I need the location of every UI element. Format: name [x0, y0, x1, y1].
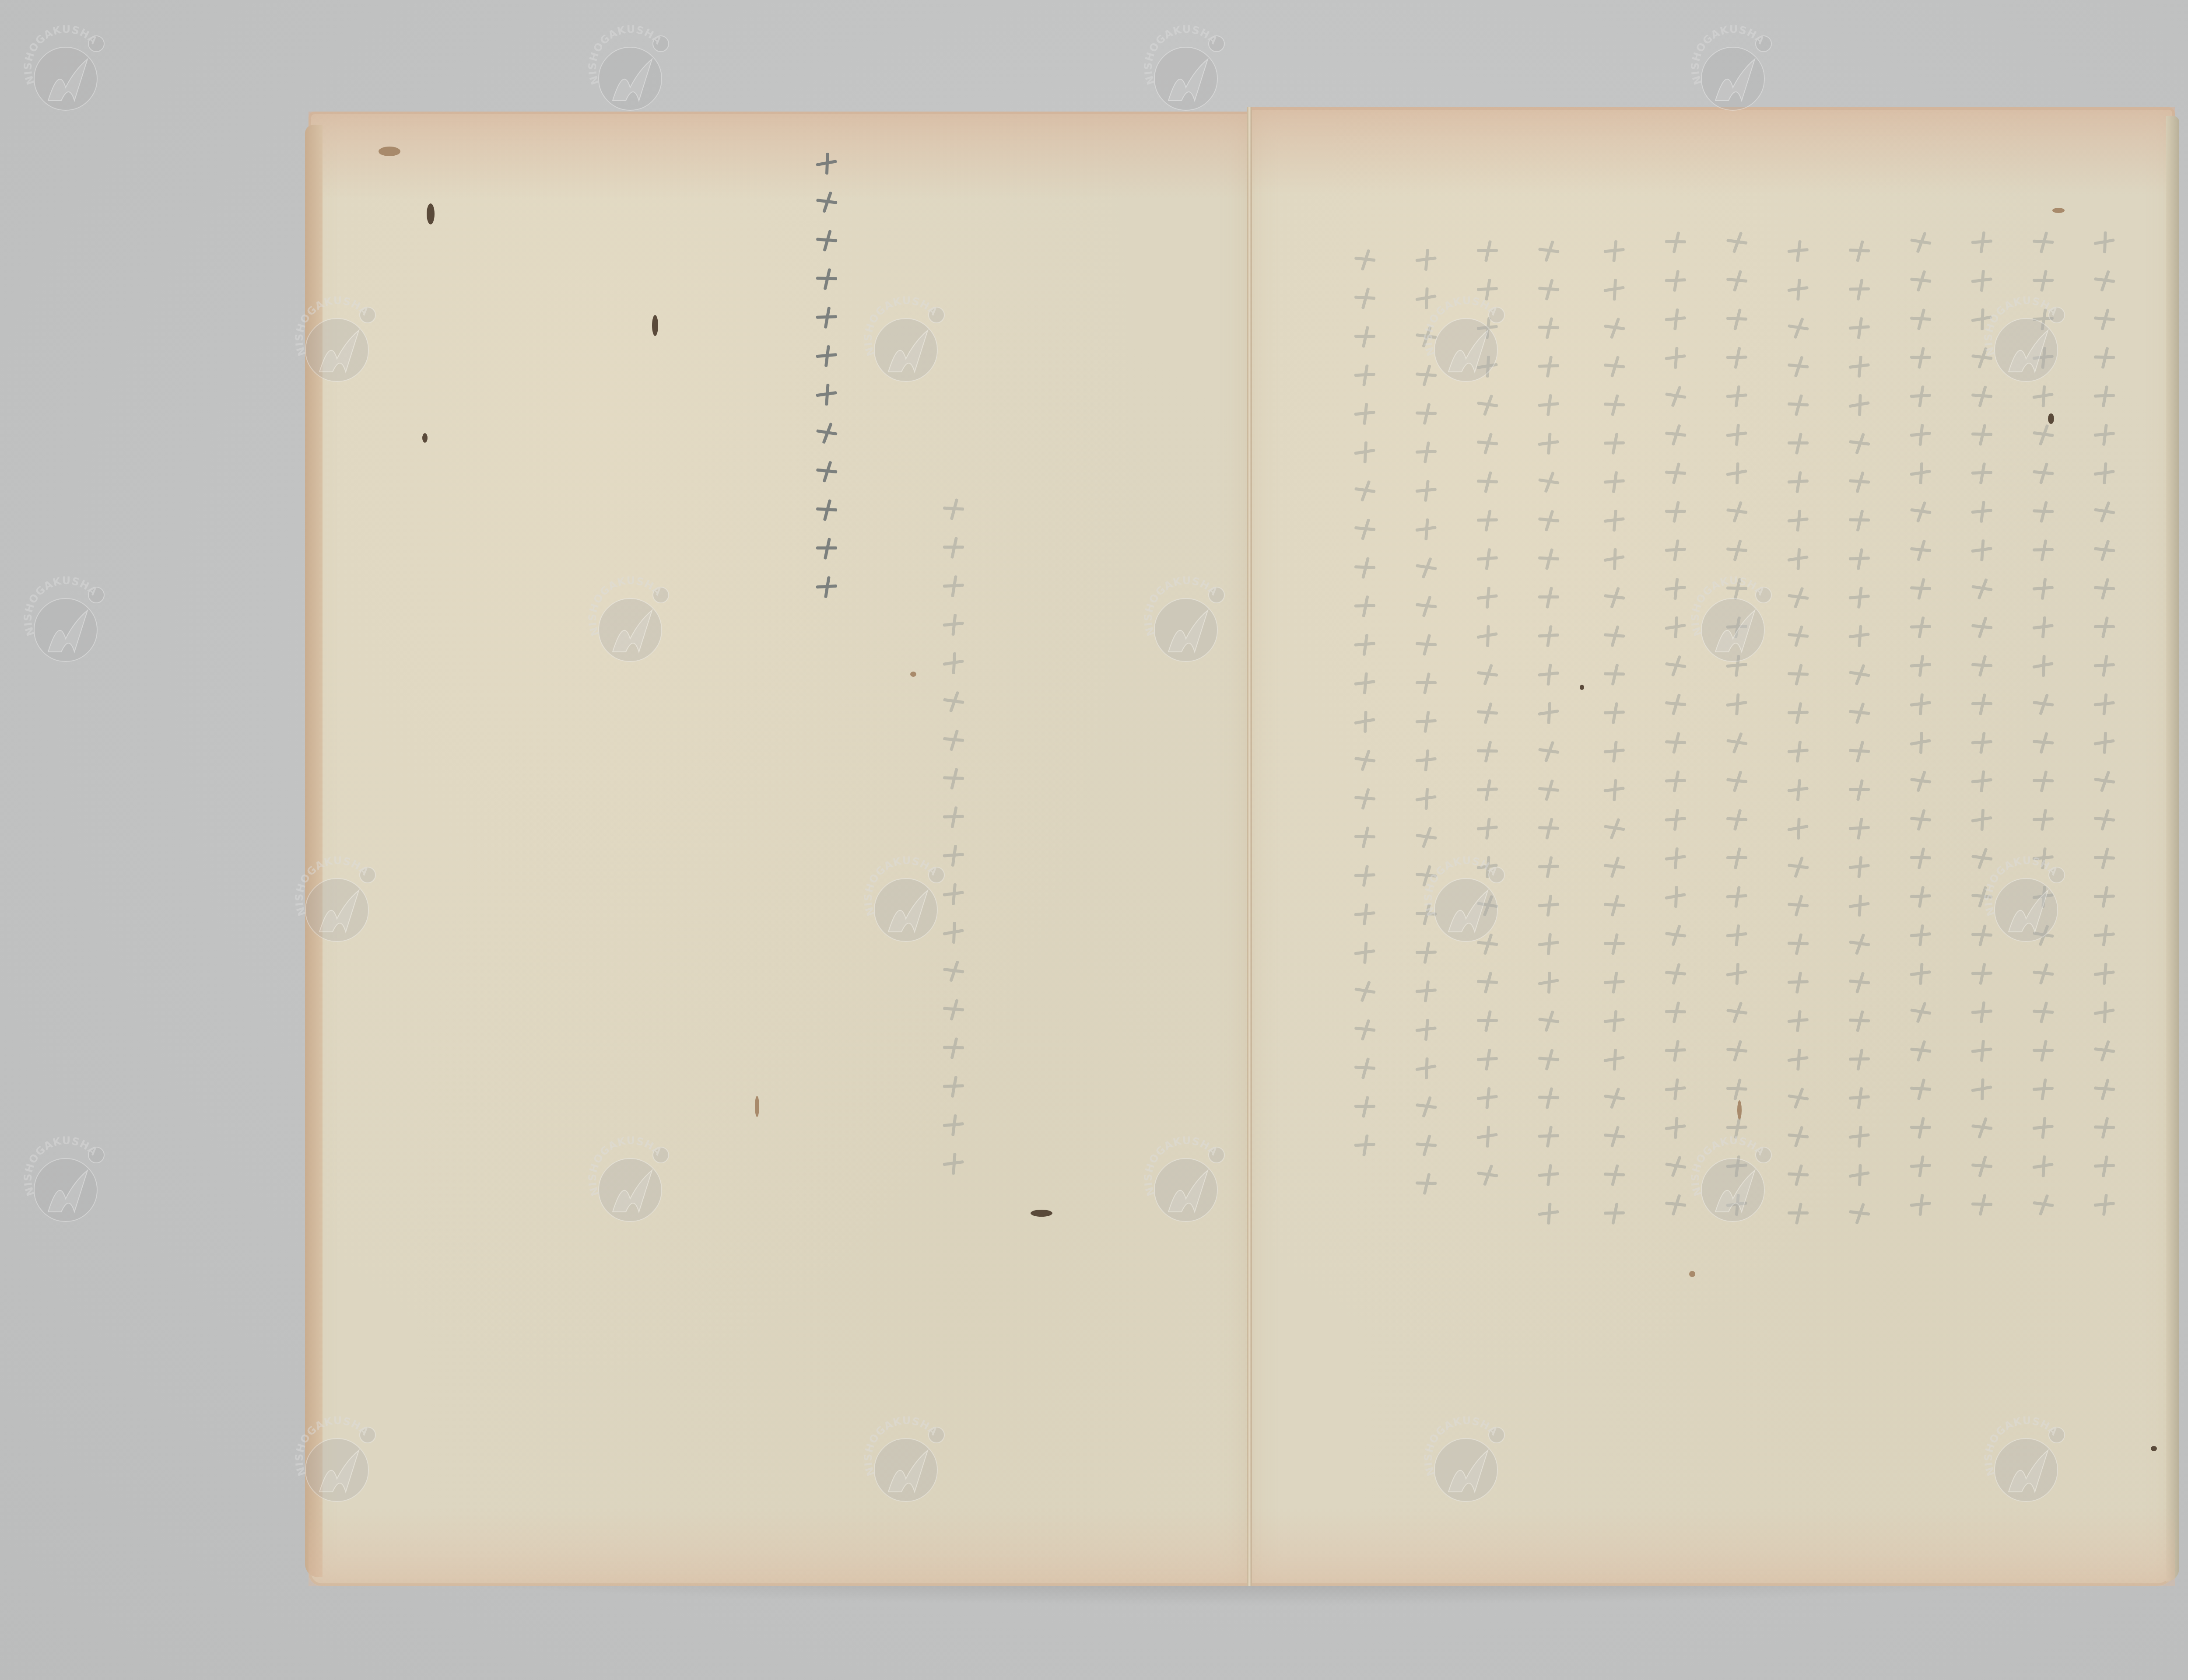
kanji-glyph: [1785, 392, 1812, 420]
nishogakusha-logo-watermark: NISHOGAKUSHA: [1138, 1129, 1238, 1229]
kanji-glyph: [1602, 931, 1627, 958]
kanji-glyph: [1663, 1038, 1689, 1065]
kanji-glyph: [813, 380, 842, 409]
kanji-glyph: [1784, 314, 1813, 343]
kanji-glyph: [1969, 653, 1995, 680]
kanji-glyph: [814, 266, 840, 293]
kanji-glyph: [1352, 555, 1378, 582]
kanji-glyph: [2029, 651, 2058, 681]
kanji-glyph: [1786, 1201, 1811, 1227]
kanji-glyph: [1662, 691, 1690, 719]
kanji-glyph: [1352, 1132, 1378, 1160]
kanji-glyph: [1352, 362, 1378, 390]
kanji-glyph: [1723, 228, 1752, 257]
nishogakusha-logo-watermark: NISHOGAKUSHA: [18, 17, 118, 118]
kanji-glyph: [1907, 267, 1935, 296]
kanji-glyph: [2029, 1190, 2058, 1220]
kanji-glyph: [1785, 1162, 1812, 1190]
kanji-glyph: [1413, 1093, 1441, 1122]
kanji-glyph: [1351, 938, 1380, 968]
kanji-glyph: [1662, 921, 1690, 951]
kanji-glyph: [1907, 652, 1935, 680]
kanji-glyph: [1601, 584, 1629, 613]
kanji-glyph: [1413, 978, 1440, 1006]
kanji-glyph: [813, 497, 840, 525]
kanji-glyph: [1601, 237, 1629, 266]
kanji-glyph: [1352, 631, 1379, 659]
kanji-glyph: [1846, 815, 1873, 843]
kanji-glyph: [1352, 824, 1378, 851]
kanji-glyph: [1534, 968, 1564, 998]
kanji-glyph: [1846, 1123, 1874, 1152]
kanji-glyph: [2030, 960, 2058, 989]
kanji-glyph: [1412, 784, 1441, 814]
kanji-glyph: [1535, 930, 1564, 959]
kanji-glyph: [1600, 776, 1629, 805]
kanji-glyph: [1536, 1085, 1562, 1112]
kanji-glyph: [1535, 237, 1564, 266]
left-text-column: [939, 497, 969, 1177]
kanji-glyph: [813, 458, 841, 486]
kanji-glyph: [1473, 1122, 1503, 1152]
nishogakusha-logo-watermark: NISHOGAKUSHA: [858, 849, 958, 949]
wormhole-damage: [755, 1096, 759, 1117]
kanji-glyph: [1847, 276, 1872, 303]
kanji-glyph: [1846, 1200, 1874, 1229]
kanji-glyph: [1602, 700, 1628, 727]
nishogakusha-logo-watermark: NISHOGAKUSHA: [1138, 17, 1238, 118]
kanji-glyph: [1786, 431, 1811, 457]
kanji-glyph: [2030, 537, 2056, 564]
kanji-glyph: [1847, 238, 1873, 265]
kanji-glyph: [1846, 584, 1873, 612]
kanji-glyph: [1784, 1045, 1813, 1074]
kanji-glyph: [1723, 998, 1752, 1027]
kanji-glyph: [1847, 1008, 1873, 1035]
kanji-glyph: [1723, 421, 1752, 450]
kanji-glyph: [1968, 613, 1996, 642]
kanji-glyph: [1968, 767, 1996, 796]
logo-icon: NISHOGAKUSHA: [1138, 1129, 1238, 1229]
kanji-glyph: [1535, 507, 1563, 535]
wormhole-damage: [910, 672, 916, 677]
kanji-glyph: [2030, 690, 2058, 720]
kanji-glyph: [1847, 507, 1872, 534]
kanji-glyph: [1412, 823, 1441, 852]
kanji-glyph: [1845, 622, 1874, 651]
logo-icon: NISHOGAKUSHA: [858, 1409, 958, 1509]
kanji-glyph: [2030, 1114, 2058, 1143]
kanji-glyph: [1907, 690, 1936, 720]
kanji-glyph: [2090, 728, 2120, 758]
kanji-glyph: [1535, 661, 1563, 689]
wormhole-damage: [2151, 1446, 2157, 1451]
nishogakusha-logo-watermark: NISHOGAKUSHA: [289, 289, 389, 389]
kanji-glyph: [1969, 961, 1995, 987]
kanji-glyph: [2091, 806, 2118, 835]
kanji-glyph: [1473, 621, 1503, 651]
kanji-glyph: [1475, 1008, 1501, 1035]
kanji-glyph: [1908, 884, 1934, 911]
kanji-glyph: [1351, 516, 1379, 544]
left-page: [309, 112, 1249, 1586]
right-text-column: [1906, 230, 1936, 1218]
kanji-glyph: [1535, 737, 1564, 766]
kanji-glyph: [1908, 345, 1934, 371]
kanji-glyph: [1351, 438, 1380, 468]
kanji-glyph: [1908, 845, 1934, 872]
kanji-glyph: [1475, 238, 1501, 265]
wormhole-damage: [422, 433, 428, 443]
kanji-glyph: [1662, 306, 1690, 334]
kanji-glyph: [1908, 614, 1934, 641]
kanji-glyph: [1969, 229, 1996, 257]
kanji-glyph: [1785, 469, 1812, 497]
kanji-glyph: [1907, 1191, 1935, 1220]
kanji-glyph: [814, 536, 840, 562]
kanji-glyph: [1536, 1046, 1563, 1074]
kanji-glyph: [813, 419, 842, 448]
kanji-glyph: [1907, 767, 1936, 797]
nishogakusha-logo-watermark: NISHOGAKUSHA: [582, 1129, 683, 1229]
kanji-glyph: [2091, 536, 2119, 565]
kanji-glyph: [1351, 669, 1380, 699]
kanji-glyph: [1662, 460, 1689, 488]
kanji-glyph: [2090, 997, 2120, 1028]
kanji-glyph: [1785, 623, 1812, 651]
kanji-glyph: [940, 957, 968, 987]
kanji-glyph: [2030, 499, 2057, 526]
kanji-glyph: [1968, 805, 1997, 835]
kanji-glyph: [1475, 469, 1501, 496]
kanji-glyph: [1907, 497, 1936, 527]
kanji-glyph: [1600, 814, 1630, 844]
right-text-column: [1722, 230, 1753, 1218]
kanji-glyph: [1413, 1171, 1439, 1197]
kanji-glyph: [2031, 1038, 2056, 1064]
kanji-glyph: [1413, 246, 1441, 275]
kanji-glyph: [1663, 268, 1689, 295]
kanji-glyph: [1845, 891, 1875, 921]
kanji-glyph: [1413, 709, 1440, 736]
kanji-glyph: [1662, 960, 1690, 988]
right-text-column: [1844, 238, 1875, 1227]
kanji-glyph: [2030, 1076, 2057, 1104]
kanji-glyph: [1969, 730, 1995, 757]
kanji-glyph: [1662, 1076, 1690, 1104]
kanji-glyph: [813, 227, 841, 255]
kanji-glyph: [1723, 690, 1752, 719]
kanji-glyph: [1535, 429, 1564, 458]
kanji-glyph: [1536, 585, 1562, 611]
kanji-glyph: [2091, 267, 2119, 296]
kanji-glyph: [1352, 285, 1378, 313]
kanji-glyph: [1785, 892, 1812, 920]
kanji-glyph: [1845, 1160, 1875, 1190]
kanji-glyph: [1351, 901, 1379, 929]
wormhole-damage: [1580, 685, 1584, 690]
kanji-glyph: [1969, 1153, 1996, 1181]
wormhole-damage: [652, 315, 658, 336]
logo-icon: NISHOGAKUSHA: [1418, 849, 1518, 949]
kanji-glyph: [2091, 922, 2118, 950]
kanji-glyph: [1473, 391, 1502, 420]
kanji-glyph: [1968, 536, 1997, 565]
kanji-glyph: [1907, 228, 1936, 258]
kanji-glyph: [1474, 1046, 1501, 1074]
kanji-glyph: [1846, 353, 1874, 382]
nishogakusha-logo-watermark: NISHOGAKUSHA: [1138, 569, 1238, 669]
kanji-glyph: [1907, 1153, 1934, 1181]
kanji-glyph: [1846, 969, 1873, 997]
logo-icon: NISHOGAKUSHA: [858, 849, 958, 949]
kanji-glyph: [1723, 959, 1752, 989]
kanji-glyph: [940, 496, 967, 524]
kanji-glyph: [1722, 458, 1752, 489]
kanji-glyph: [1662, 382, 1691, 412]
nishogakusha-logo-watermark: NISHOGAKUSHA: [1685, 17, 1785, 118]
kanji-glyph: [1413, 401, 1439, 427]
kanji-glyph: [1968, 498, 1996, 527]
nishogakusha-logo-watermark: NISHOGAKUSHA: [1685, 569, 1785, 669]
kanji-glyph: [1908, 1115, 1934, 1141]
kanji-glyph: [1907, 1076, 1934, 1104]
kanji-glyph: [2091, 960, 2119, 989]
kanji-glyph: [1600, 275, 1630, 305]
kanji-glyph: [940, 996, 968, 1024]
kanji-glyph: [1845, 660, 1875, 690]
kanji-glyph: [2092, 383, 2118, 410]
kanji-glyph: [1602, 392, 1628, 419]
logo-icon: NISHOGAKUSHA: [1978, 1409, 2079, 1509]
kanji-glyph: [2091, 690, 2119, 719]
kanji-glyph: [941, 535, 967, 561]
nishogakusha-logo-watermark: NISHOGAKUSHA: [582, 569, 683, 669]
right-text-column: [1661, 230, 1691, 1218]
kanji-glyph: [1845, 930, 1874, 959]
kanji-glyph: [2091, 576, 2118, 603]
nishogakusha-logo-watermark: NISHOGAKUSHA: [858, 1409, 958, 1509]
kanji-glyph: [1847, 777, 1872, 804]
logo-icon: NISHOGAKUSHA: [1418, 289, 1518, 389]
kanji-glyph: [1536, 892, 1563, 920]
kanji-glyph: [941, 1035, 967, 1062]
nishogakusha-logo-watermark: NISHOGAKUSHA: [582, 17, 683, 118]
kanji-glyph: [1968, 1037, 1997, 1066]
kanji-glyph: [1723, 728, 1752, 758]
kanji-glyph: [813, 343, 841, 371]
kanji-glyph: [1536, 315, 1562, 342]
right-text-column: [1534, 238, 1564, 1227]
logo-icon: NISHOGAKUSHA: [289, 1409, 389, 1509]
kanji-glyph: [2091, 1191, 2118, 1220]
kanji-glyph: [1785, 238, 1812, 266]
kanji-glyph: [1724, 1076, 1750, 1103]
kanji-glyph: [2029, 420, 2058, 450]
nishogakusha-logo-watermark: NISHOGAKUSHA: [1978, 849, 2079, 949]
kanji-glyph: [1535, 1007, 1564, 1036]
kanji-glyph: [1907, 306, 1934, 334]
logo-icon: NISHOGAKUSHA: [1685, 17, 1785, 118]
kanji-glyph: [1535, 468, 1564, 497]
kanji-glyph: [1969, 999, 1996, 1027]
kanji-glyph: [2090, 497, 2120, 527]
logo-icon: NISHOGAKUSHA: [289, 289, 389, 389]
kanji-glyph: [1413, 439, 1440, 466]
kanji-glyph: [1784, 583, 1813, 612]
kanji-glyph: [1351, 400, 1379, 429]
nishogakusha-logo-watermark: NISHOGAKUSHA: [289, 1409, 389, 1509]
kanji-glyph: [1724, 383, 1751, 411]
kanji-glyph: [1535, 699, 1564, 728]
nishogakusha-logo-watermark: NISHOGAKUSHA: [1418, 849, 1518, 949]
kanji-glyph: [1602, 1162, 1628, 1189]
kanji-glyph: [1474, 430, 1501, 458]
kanji-glyph: [2030, 999, 2057, 1027]
kanji-glyph: [1968, 1114, 1997, 1143]
kanji-glyph: [2091, 421, 2118, 450]
kanji-glyph: [2030, 729, 2057, 757]
right-text-column: [1411, 247, 1442, 1197]
wormhole-damage: [427, 203, 435, 224]
kanji-glyph: [1846, 699, 1874, 728]
logo-icon: NISHOGAKUSHA: [582, 17, 683, 118]
kanji-glyph: [1724, 807, 1750, 834]
kanji-glyph: [1601, 1123, 1628, 1151]
kanji-glyph: [1601, 623, 1628, 651]
kanji-glyph: [1350, 707, 1380, 737]
kanji-glyph: [1785, 931, 1811, 958]
kanji-glyph: [2030, 229, 2057, 257]
wormhole-damage: [1737, 1100, 1742, 1120]
kanji-glyph: [1536, 276, 1563, 304]
kanji-glyph: [1352, 1055, 1378, 1083]
kanji-glyph: [1663, 999, 1689, 1026]
kanji-glyph: [2030, 807, 2057, 834]
kanji-glyph: [2092, 1153, 2118, 1180]
kanji-glyph: [1536, 546, 1562, 574]
kanji-glyph: [1474, 661, 1502, 690]
kanji-glyph: [1601, 853, 1629, 882]
logo-icon: NISHOGAKUSHA: [289, 849, 389, 949]
kanji-glyph: [2091, 653, 2118, 680]
kanji-glyph: [1474, 584, 1502, 613]
kanji-glyph: [1723, 921, 1751, 950]
logo-icon: NISHOGAKUSHA: [18, 569, 118, 669]
kanji-glyph: [2092, 345, 2118, 371]
logo-icon: NISHOGAKUSHA: [1138, 17, 1238, 118]
kanji-glyph: [2091, 306, 2118, 334]
kanji-glyph: [1785, 1123, 1813, 1151]
kanji-glyph: [1536, 1123, 1562, 1151]
nishogakusha-logo-watermark: NISHOGAKUSHA: [1978, 289, 2079, 389]
kanji-glyph: [814, 304, 840, 332]
kanji-glyph: [1723, 498, 1752, 527]
kanji-glyph: [2092, 845, 2118, 872]
kanji-glyph: [2092, 615, 2118, 641]
kanji-glyph: [1351, 476, 1380, 506]
kanji-glyph: [1535, 1199, 1564, 1228]
kanji-glyph: [1846, 1085, 1873, 1113]
kanji-glyph: [1414, 671, 1439, 697]
logo-icon: NISHOGAKUSHA: [1418, 1409, 1518, 1509]
kanji-glyph: [1351, 977, 1380, 1007]
kanji-glyph: [1785, 661, 1812, 689]
kanji-glyph: [1536, 815, 1562, 843]
right-text-column: [1350, 247, 1381, 1159]
logo-icon: NISHOGAKUSHA: [582, 569, 683, 669]
kanji-glyph: [2091, 1076, 2118, 1104]
kanji-glyph: [1413, 1132, 1440, 1160]
kanji-glyph: [1663, 229, 1689, 256]
nishogakusha-logo-watermark: NISHOGAKUSHA: [18, 1129, 118, 1229]
kanji-glyph: [1906, 728, 1936, 758]
logo-icon: NISHOGAKUSHA: [1978, 289, 2079, 389]
kanji-glyph: [1785, 776, 1813, 805]
kanji-glyph: [1785, 507, 1813, 535]
kanji-glyph: [1723, 267, 1751, 296]
kanji-glyph: [1352, 593, 1378, 620]
kanji-glyph: [1353, 1094, 1378, 1120]
logo-icon: NISHOGAKUSHA: [18, 17, 118, 118]
kanji-glyph: [1846, 738, 1873, 766]
kanji-glyph: [1536, 353, 1562, 381]
kanji-glyph: [1907, 537, 1935, 565]
nishogakusha-logo-watermark: NISHOGAKUSHA: [18, 569, 118, 669]
kanji-glyph: [1662, 844, 1690, 874]
kanji-glyph: [2092, 884, 2118, 910]
kanji-glyph: [1784, 1084, 1813, 1113]
logo-icon: NISHOGAKUSHA: [18, 1129, 118, 1229]
kanji-glyph: [1601, 892, 1628, 920]
kanji-glyph: [1785, 1008, 1812, 1036]
kanji-glyph: [1601, 353, 1628, 381]
kanji-glyph: [1969, 460, 1995, 487]
kanji-glyph: [1351, 246, 1379, 275]
kanji-glyph: [2030, 460, 2057, 488]
kanji-glyph: [1473, 1161, 1502, 1190]
nishogakusha-logo-watermark: NISHOGAKUSHA: [858, 289, 958, 389]
kanji-glyph: [1785, 853, 1813, 882]
wormhole-damage: [2052, 208, 2065, 213]
kanji-glyph: [1352, 785, 1379, 813]
open-book: [309, 107, 2175, 1586]
kanji-glyph: [1784, 814, 1813, 844]
kanji-glyph: [1724, 537, 1751, 565]
kanji-glyph: [1784, 275, 1813, 304]
kanji-glyph: [1663, 499, 1689, 525]
nishogakusha-logo-watermark: NISHOGAKUSHA: [1978, 1409, 2079, 1509]
wormhole-damage: [1031, 1210, 1052, 1217]
kanji-glyph: [1474, 815, 1501, 843]
kanji-glyph: [1535, 777, 1563, 805]
kanji-glyph: [1846, 430, 1874, 459]
kanji-glyph: [1412, 553, 1441, 583]
kanji-glyph: [1601, 469, 1628, 497]
kanji-glyph: [1601, 969, 1628, 997]
kanji-glyph: [1907, 383, 1934, 411]
kanji-glyph: [1723, 767, 1751, 796]
kanji-glyph: [1969, 1192, 1995, 1218]
kanji-glyph: [1724, 884, 1750, 911]
kanji-glyph: [1846, 853, 1874, 882]
kanji-glyph: [1413, 592, 1441, 621]
kanji-glyph: [1601, 507, 1629, 536]
kanji-glyph: [940, 611, 968, 640]
kanji-glyph: [812, 149, 842, 179]
kanji-glyph: [941, 804, 967, 831]
kanji-glyph: [1475, 507, 1501, 534]
